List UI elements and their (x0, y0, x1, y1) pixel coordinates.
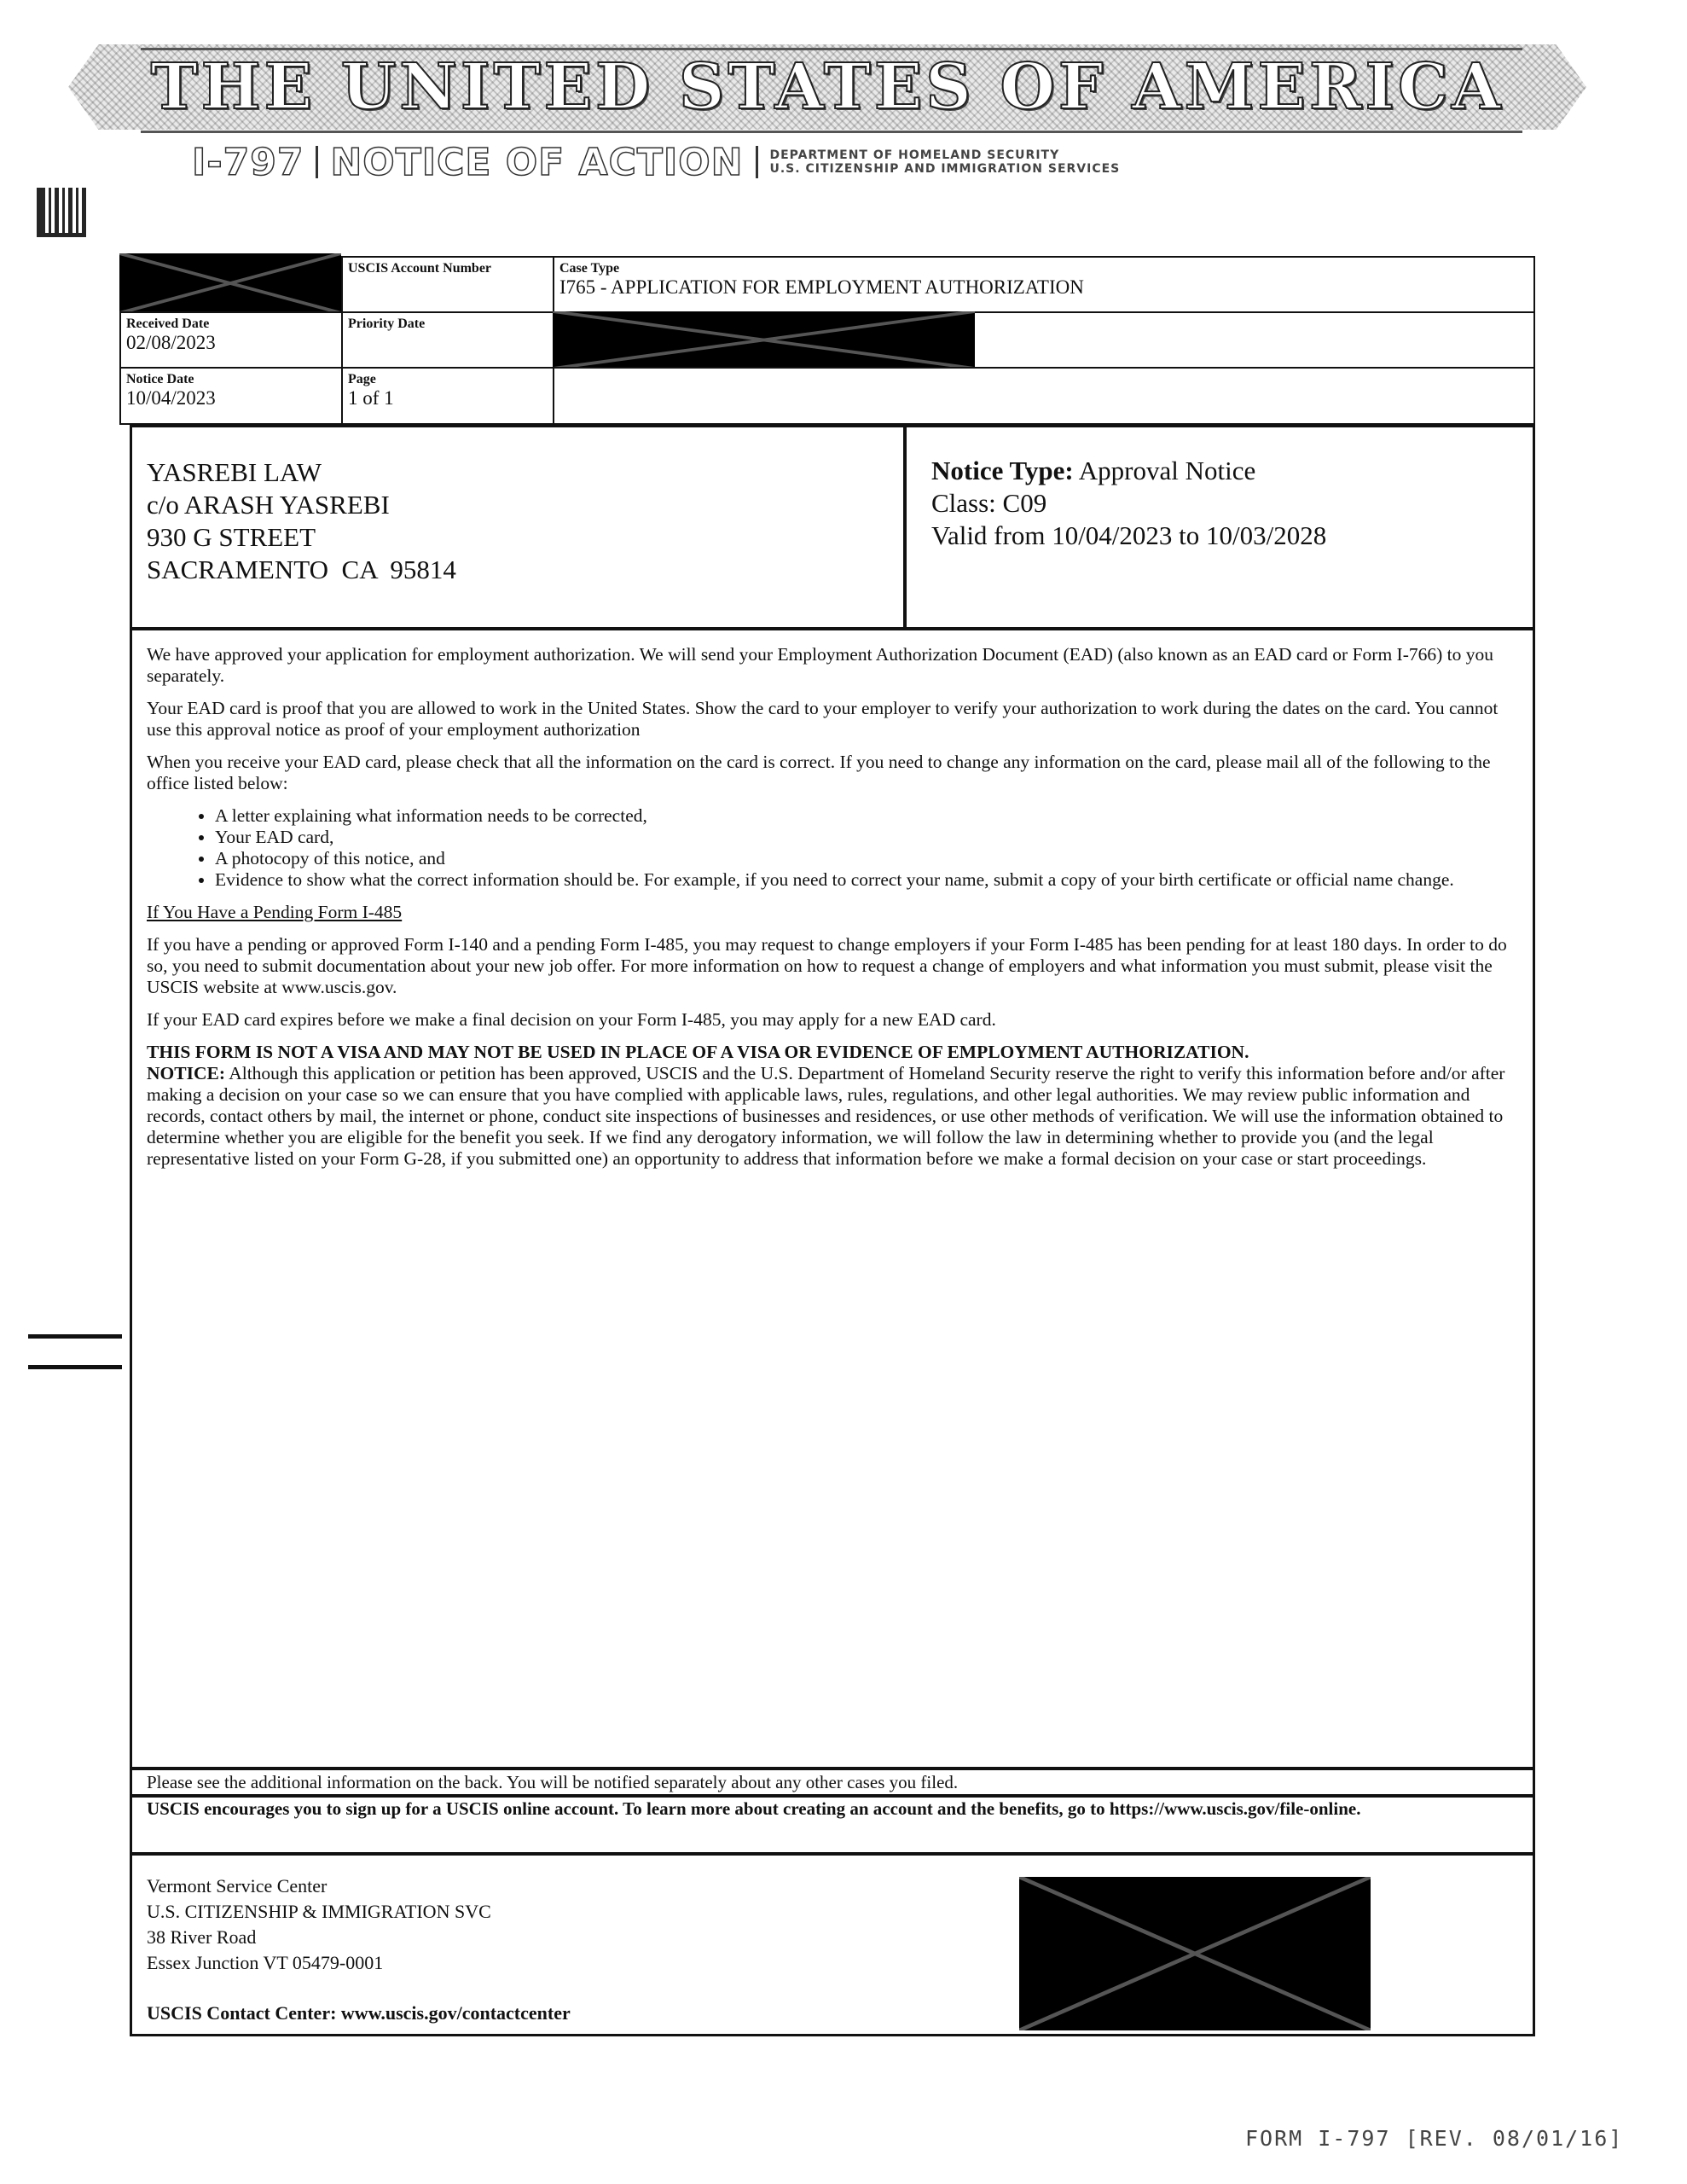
page-value: 1 of 1 (348, 387, 548, 409)
notice-class: Class: C09 (931, 487, 1326, 520)
heading-divider (756, 146, 758, 178)
agency-name: DEPARTMENT OF HOMELAND SECURITY U.S. CIT… (770, 148, 1121, 176)
form-revision: FORM I-797 [REV. 08/01/16] (1245, 2126, 1623, 2151)
form-name: NOTICE OF ACTION (330, 141, 743, 184)
additional-info: Please see the additional information on… (147, 1772, 958, 1793)
notice-label: NOTICE: (147, 1063, 225, 1083)
account-number-label: USCIS Account Number (348, 261, 548, 276)
heading-divider (316, 146, 318, 178)
notice-details: Notice Type: Approval Notice Class: C09 … (931, 455, 1326, 552)
margin-mark (28, 1334, 122, 1339)
recipient-address: YASREBI LAW c/o ARASH YASREBI 930 G STRE… (147, 456, 456, 586)
redacted-block (119, 253, 341, 313)
list-item: Evidence to show what the correct inform… (215, 869, 1511, 891)
agency-line-1: DEPARTMENT OF HOMELAND SECURITY (770, 148, 1060, 162)
online-account-notice: USCIS encourages you to sign up for a US… (147, 1798, 1426, 1820)
visa-warning: THIS FORM IS NOT A VISA AND MAY NOT BE U… (147, 1042, 1511, 1063)
recipient-line-2: c/o ARASH YASREBI (147, 489, 456, 521)
body-paragraph: We have approved your application for em… (147, 644, 1511, 687)
section-heading: If You Have a Pending Form I-485 (147, 902, 1511, 923)
notice-type-value: Approval Notice (1079, 456, 1255, 485)
priority-date-label: Priority Date (348, 317, 548, 332)
notice-body: We have approved your application for em… (147, 644, 1511, 1181)
service-center-line-3: 38 River Road (147, 1925, 491, 1950)
margin-mark (28, 1365, 122, 1369)
page-label: Page (348, 372, 548, 387)
list-item: Your EAD card, (215, 827, 1511, 848)
contact-center: USCIS Contact Center: www.uscis.gov/cont… (147, 2002, 571, 2024)
redacted-block (1019, 1877, 1371, 2030)
list-item: A photocopy of this notice, and (215, 848, 1511, 869)
correction-list: A letter explaining what information nee… (147, 805, 1511, 891)
received-date-value: 02/08/2023 (126, 332, 336, 354)
agency-line-2: U.S. CITIZENSHIP AND IMMIGRATION SERVICE… (770, 162, 1121, 176)
notice-date-value: 10/04/2023 (126, 387, 336, 409)
notice-date-label: Notice Date (126, 372, 336, 387)
body-paragraph: If your EAD card expires before we make … (147, 1009, 1511, 1031)
recipient-line-3: 930 G STREET (147, 521, 456, 554)
redacted-block (553, 311, 975, 369)
service-center-line-4: Essex Junction VT 05479-0001 (147, 1950, 491, 1976)
case-type-cell: Case Type I765 - APPLICATION FOR EMPLOYM… (553, 256, 1535, 313)
form-heading: I-797 NOTICE OF ACTION DEPARTMENT OF HOM… (192, 138, 1120, 186)
account-number-cell: USCIS Account Number (341, 256, 554, 313)
case-type-value: I765 - APPLICATION FOR EMPLOYMENT AUTHOR… (559, 276, 1528, 299)
body-paragraph: Your EAD card is proof that you are allo… (147, 698, 1511, 741)
notice-text: Although this application or petition ha… (147, 1063, 1504, 1169)
recipient-line-4: SACRAMENTO CA 95814 (147, 554, 456, 586)
body-paragraph: When you receive your EAD card, please c… (147, 752, 1511, 794)
body-paragraph: If you have a pending or approved Form I… (147, 934, 1511, 998)
service-center-line-2: U.S. CITIZENSHIP & IMMIGRATION SVC (147, 1899, 491, 1925)
notice-type-label: Notice Type: (931, 456, 1074, 485)
banner-title: THE UNITED STATES OF AMERICA (68, 44, 1586, 130)
service-center-line-1: Vermont Service Center (147, 1873, 491, 1899)
list-item: A letter explaining what information nee… (215, 805, 1511, 827)
recipient-line-1: YASREBI LAW (147, 456, 456, 489)
received-date-label: Received Date (126, 317, 336, 332)
banner-rule-bottom (141, 131, 1522, 133)
case-type-label: Case Type (559, 261, 1528, 276)
received-date-cell: Received Date 02/08/2023 (119, 311, 343, 369)
priority-date-cell: Priority Date (341, 311, 554, 369)
service-center-address: Vermont Service Center U.S. CITIZENSHIP … (147, 1873, 491, 1976)
empty-cell (553, 367, 1535, 425)
notice-date-cell: Notice Date 10/04/2023 (119, 367, 343, 425)
form-number: I-797 (192, 141, 304, 184)
page-cell: Page 1 of 1 (341, 367, 554, 425)
datamatrix-barcode-icon (37, 188, 86, 237)
notice-validity: Valid from 10/04/2023 to 10/03/2028 (931, 520, 1326, 552)
